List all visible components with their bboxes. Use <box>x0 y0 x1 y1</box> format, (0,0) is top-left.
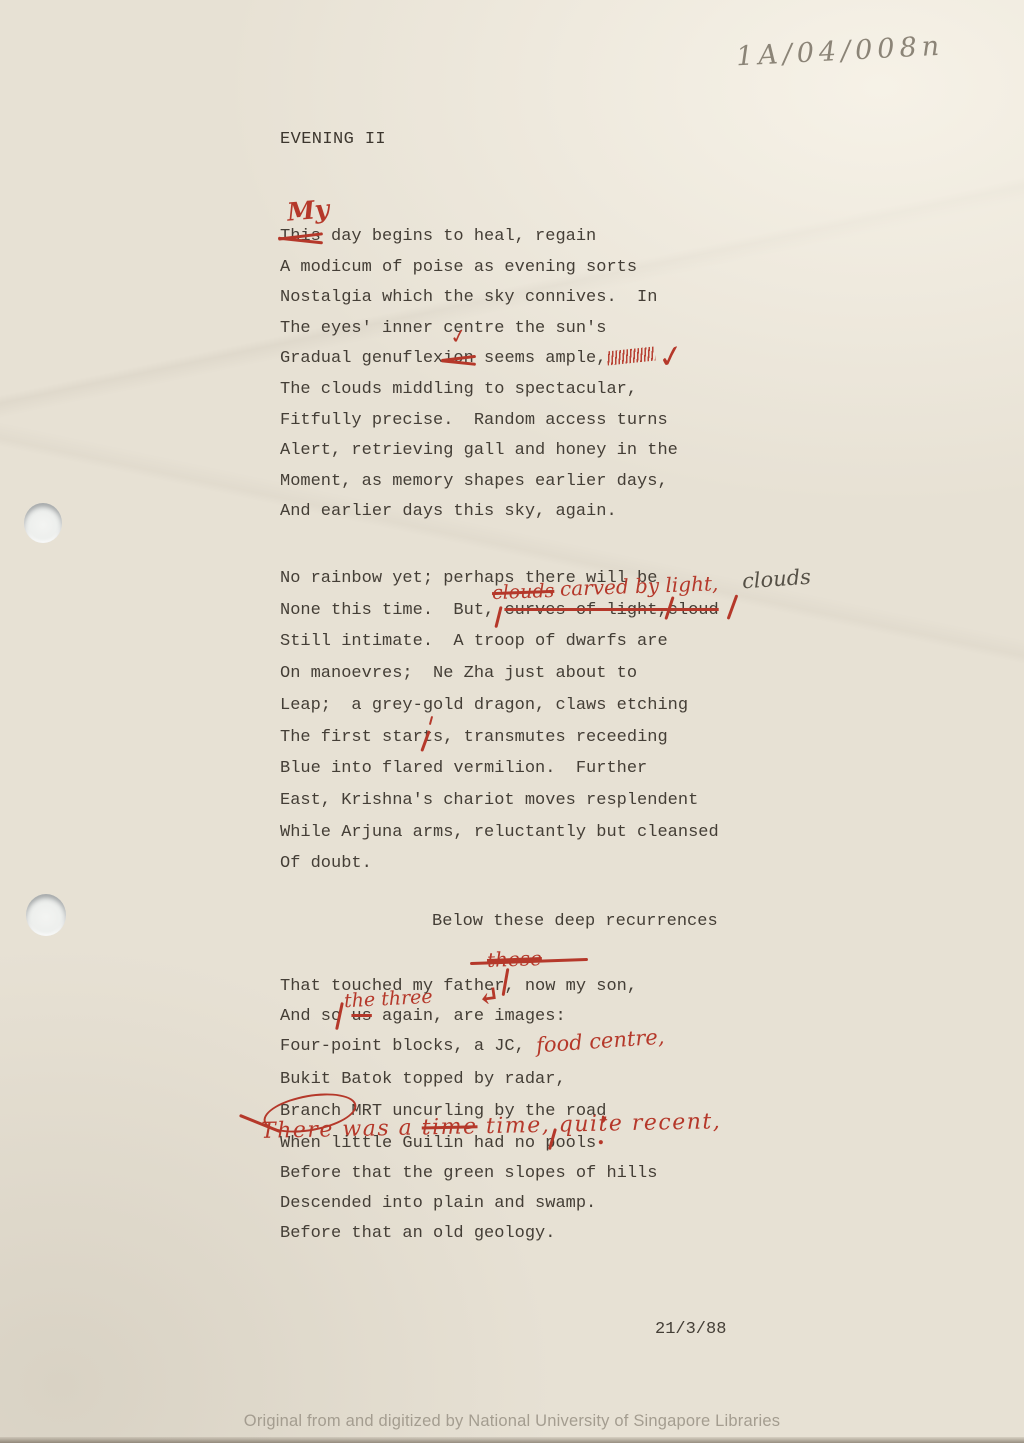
poem-line: The clouds middling to spectacular, <box>280 379 637 401</box>
poem-title: EVENING II <box>280 129 386 151</box>
poem-line: This day begins to heal, regain <box>280 226 596 248</box>
poem-line: Bukit Batok topped by radar, <box>280 1069 566 1091</box>
check-mark: ✓ <box>655 337 687 377</box>
punch-hole <box>26 894 66 936</box>
line-text: None this time. But, <box>280 601 504 620</box>
poem-line: And so us again, are images: <box>280 1006 566 1028</box>
scan-bottom-edge <box>0 1437 1024 1443</box>
handwritten-clouds-pencil: clouds <box>741 565 811 594</box>
line-text: s, transmutes receeding <box>433 728 668 747</box>
poem-line: Before that the green slopes of hills <box>280 1163 657 1185</box>
line-text: seems ample, <box>474 349 607 368</box>
poem-line: Blue into flared vermilion. Further <box>280 758 647 780</box>
poem-line: Moment, as memory shapes earlier days, <box>280 471 668 493</box>
poem-line: The first starts, transmutes receeding <box>280 727 668 749</box>
poem-line: That touched my father, now my son, <box>280 976 637 998</box>
poem-line: Before that an old geology. <box>280 1223 555 1245</box>
handwritten-carved-by-light: carved by light, <box>560 571 719 601</box>
poem-line: On manoevres; Ne Zha just about to <box>280 663 637 685</box>
poem-line: Four-point blocks, a JC, <box>280 1036 525 1058</box>
poem-line: Gradual genuflexion seems ample, <box>280 348 606 370</box>
line-text: The first star <box>280 728 423 747</box>
illegible-scribble-mark <box>606 347 655 366</box>
red-tick-mark <box>429 716 433 725</box>
red-period-mark: . <box>597 1124 605 1150</box>
manuscript-page: 1A/04/008n EVENING II My This day begins… <box>0 0 1024 1443</box>
punch-hole <box>24 503 62 543</box>
poem-line-centered: Below these deep recurrences <box>432 911 718 933</box>
poem-line: Fitfully precise. Random access turns <box>280 410 668 432</box>
struck-word-cloud: cloud <box>668 601 719 620</box>
footer-credit: Original from and digitized by National … <box>0 1412 1024 1431</box>
line-text: day begins to heal, regain <box>321 227 596 246</box>
poem-line: Descended into plain and swamp. <box>280 1193 596 1215</box>
struck-word-us: us <box>351 1007 371 1026</box>
line-text: again, are images: <box>372 1007 566 1026</box>
poem-line: A modicum of poise as evening sorts <box>280 257 637 279</box>
line-text: , now my son, <box>504 977 637 996</box>
line-text: Gradual genuflex <box>280 349 443 368</box>
poem-line: While Arjuna arms, reluctantly but clean… <box>280 822 719 844</box>
poem-line: Of doubt. <box>280 853 372 875</box>
poem-line: Nostalgia which the sky connives. In <box>280 287 657 309</box>
struck-word-this: This <box>280 226 321 248</box>
poem-line: East, Krishna's chariot moves resplenden… <box>280 790 698 812</box>
poem-date: 21/3/88 <box>655 1319 726 1341</box>
struck-phrase-curves-of-light: curves of light, <box>504 601 667 620</box>
archival-code-handwritten: 1A/04/008n <box>735 31 944 73</box>
poem-line: Alert, retrieving gall and honey in the <box>280 440 678 462</box>
handwritten-insert-my: My <box>286 194 331 227</box>
poem-line: Still intimate. A troop of dwarfs are <box>280 631 668 653</box>
poem-line: Leap; a grey-gold dragon, claws etching <box>280 695 688 717</box>
handwritten-food-centre: food centre, <box>535 1025 665 1058</box>
poem-line: The eyes' inner centre the sun's <box>280 318 606 340</box>
poem-line: And earlier days this sky, again. <box>280 501 617 523</box>
red-slash-mark <box>727 594 738 619</box>
struck-suffix-ion: ion <box>443 348 474 370</box>
